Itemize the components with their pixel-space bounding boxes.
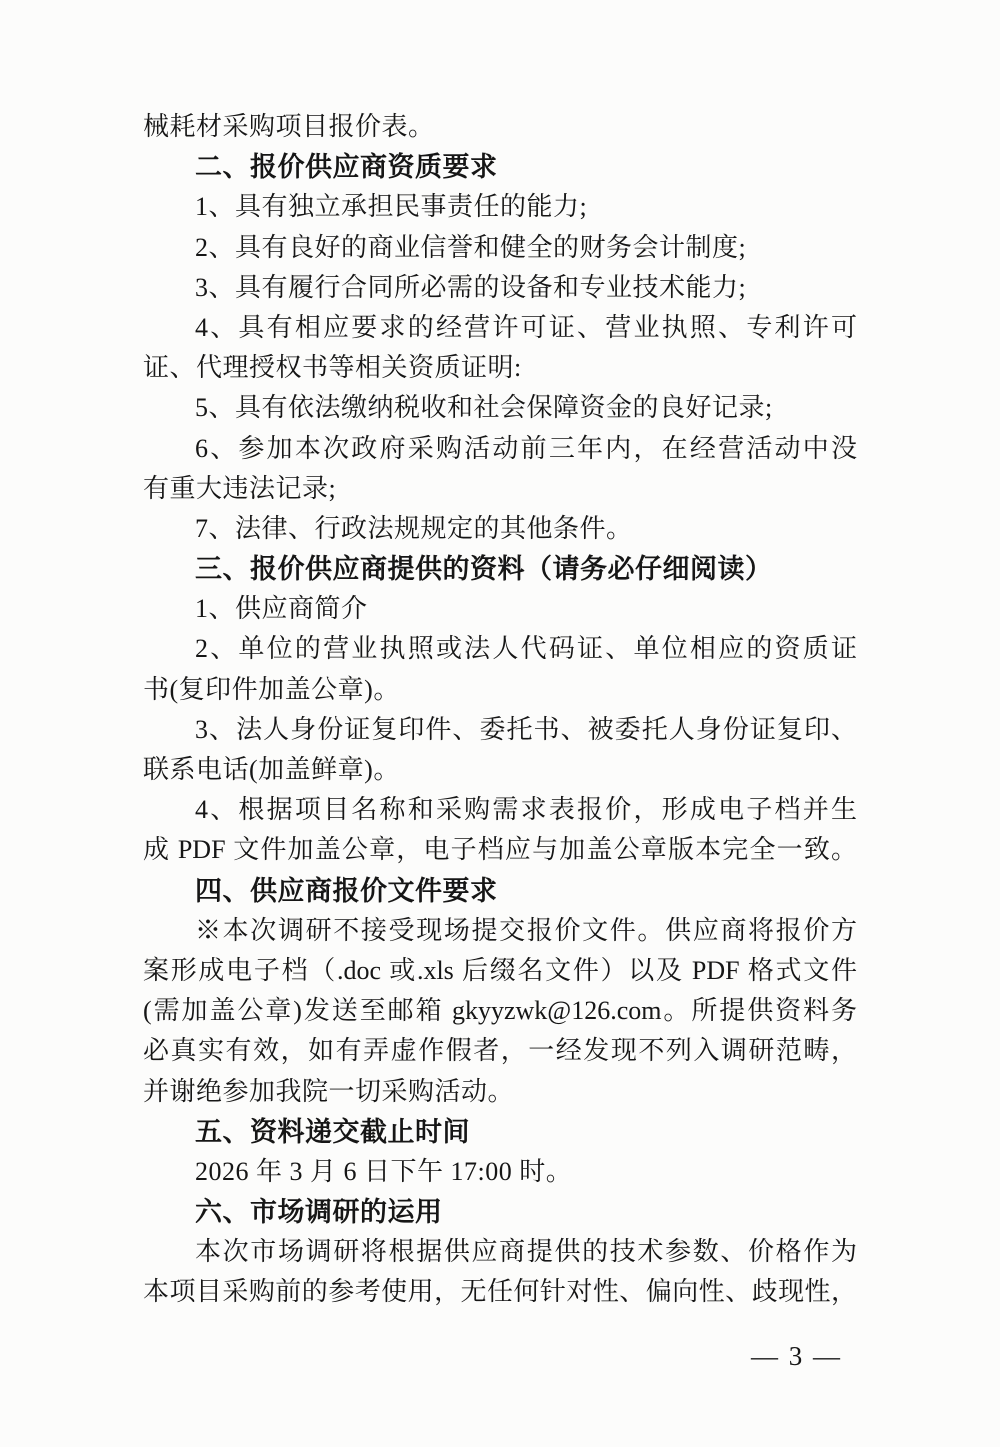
document-line: 本项目采购前的参考使用，无任何针对性、偏向性、歧现性，	[143, 1272, 857, 1312]
document-line: 并谢绝参加我院一切采购活动。	[143, 1072, 857, 1112]
document-line: 2、具有良好的商业信誉和健全的财务会计制度;	[143, 228, 857, 268]
document-line: ※本次调研不接受现场提交报价文件。供应商将报价方	[143, 911, 857, 951]
document-line: 案形成电子档（.doc 或.xls 后缀名文件）以及 PDF 格式文件	[143, 951, 857, 991]
section-heading: 四、供应商报价文件要求	[143, 871, 857, 911]
scanned-document-page: 械耗材采购项目报价表。二、报价供应商资质要求1、具有独立承担民事责任的能力;2、…	[0, 0, 1000, 1447]
document-line: 4、具有相应要求的经营许可证、营业执照、专利许可	[143, 308, 857, 348]
document-line: 成 PDF 文件加盖公章，电子档应与加盖公章版本完全一致。	[143, 830, 857, 870]
document-line: 证、代理授权书等相关资质证明:	[143, 348, 857, 388]
document-line: 2、单位的营业执照或法人代码证、单位相应的资质证	[143, 629, 857, 669]
section-heading: 六、市场调研的运用	[143, 1192, 857, 1232]
document-line: 1、供应商简介	[143, 589, 857, 629]
document-line: 6、参加本次政府采购活动前三年内，在经营活动中没	[143, 429, 857, 469]
document-line: 械耗材采购项目报价表。	[143, 107, 857, 147]
document-line: 本次市场调研将根据供应商提供的技术参数、价格作为	[143, 1232, 857, 1272]
page-number: — 3 —	[751, 1341, 842, 1371]
document-line: 7、法律、行政法规规定的其他条件。	[143, 509, 857, 549]
document-line: 联系电话(加盖鲜章)。	[143, 750, 857, 790]
document-line: 必真实有效，如有弄虚作假者，一经发现不列入调研范畴，	[143, 1031, 857, 1071]
section-heading: 二、报价供应商资质要求	[143, 147, 857, 187]
document-body: 械耗材采购项目报价表。二、报价供应商资质要求1、具有独立承担民事责任的能力;2、…	[143, 107, 857, 1313]
document-line: 有重大违法记录;	[143, 469, 857, 509]
document-line: 书(复印件加盖公章)。	[143, 670, 857, 710]
document-line: 4、根据项目名称和采购需求表报价，形成电子档并生	[143, 790, 857, 830]
document-line: 1、具有独立承担民事责任的能力;	[143, 187, 857, 227]
document-line: (需加盖公章)发送至邮箱 gkyyzwk@126.com。所提供资料务	[143, 991, 857, 1031]
document-line: 3、法人身份证复印件、委托书、被委托人身份证复印、	[143, 710, 857, 750]
section-heading: 五、资料递交截止时间	[143, 1112, 857, 1152]
document-line: 2026 年 3 月 6 日下午 17:00 时。	[143, 1152, 857, 1192]
document-line: 3、具有履行合同所必需的设备和专业技术能力;	[143, 268, 857, 308]
document-line: 5、具有依法缴纳税收和社会保障资金的良好记录;	[143, 388, 857, 428]
section-heading: 三、报价供应商提供的资料（请务必仔细阅读）	[143, 549, 857, 589]
